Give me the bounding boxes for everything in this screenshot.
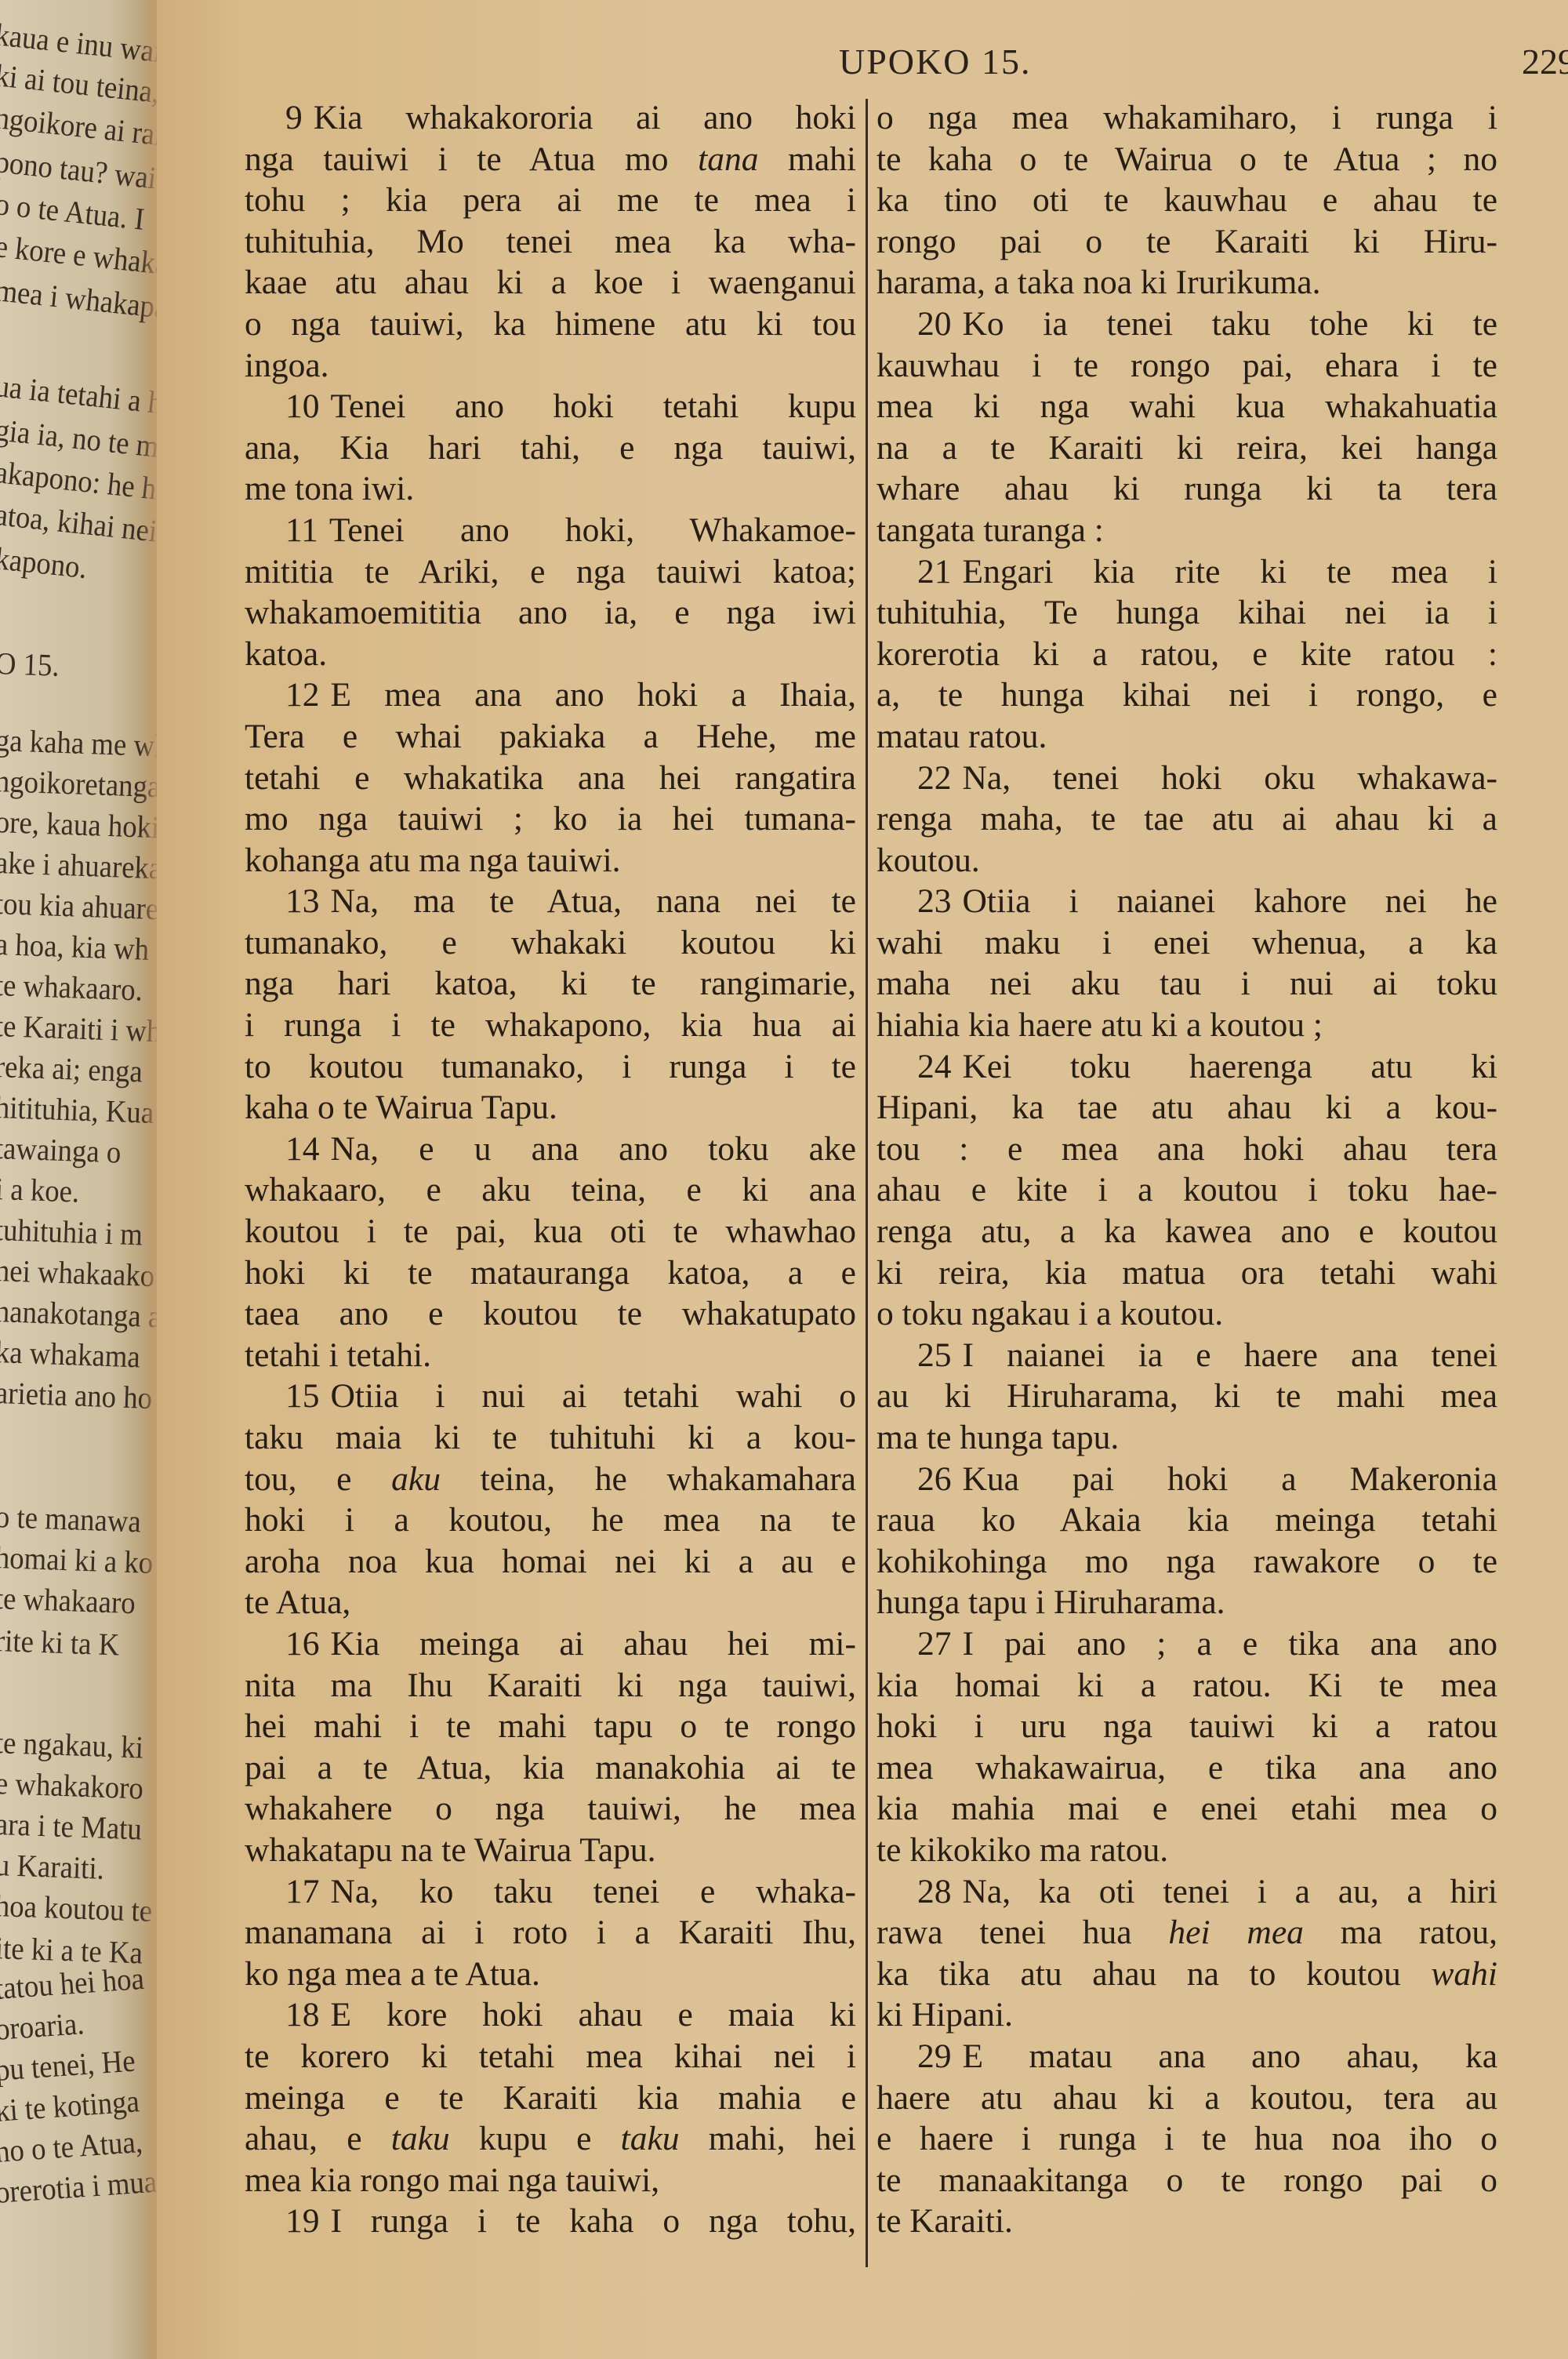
text-line: ka tika atu ahau na to koutou wahi [877, 1954, 1497, 1995]
text-line: koutou i te pai, kua oti te whawhao [245, 1211, 856, 1252]
text-line: korerotia ki a ratou, e kite ratou : [877, 634, 1497, 675]
line-text: mititia te Ariki, e nga tauiwi katoa; [245, 553, 856, 591]
facing-page-line: u Karaiti. [0, 1846, 105, 1887]
facing-page-line: ka whakama [0, 1333, 141, 1375]
text-line: o toku ngakau i a koutou. [877, 1293, 1497, 1335]
verse-start-line: 27I pai ano ; a e tika ana ano [877, 1623, 1497, 1665]
text-line: Hipani, ka tae atu ahau ki a kou- [877, 1087, 1497, 1129]
text-line: hiahia kia haere atu ki a koutou ; [877, 1005, 1497, 1046]
text-line: tou, e aku teina, he whakamahara [245, 1459, 856, 1500]
text-line: kauwhau i te rongo pai, ehara i te [877, 345, 1497, 387]
text-line: tuhituhia, Mo tenei mea ka wha- [245, 221, 856, 263]
text-line: renga maha, te tae atu ai ahau ki a [877, 798, 1497, 840]
facing-page-line: reka ai; enga [0, 1048, 143, 1090]
verse-number: 24 [917, 1048, 952, 1085]
line-text: ahau, e taku kupu e taku mahi, hei [245, 2120, 856, 2157]
line-text: E kore hoki ahau e maia ki [331, 1996, 857, 2034]
text-line: maha nei aku tau i nui ai toku [877, 963, 1497, 1005]
line-text: taku maia ki te tuhituhi ki a kou- [245, 1419, 856, 1456]
text-line: nga tauiwi i te Atua mo tana mahi [245, 139, 856, 180]
line-text: Kia meinga ai ahau hei mi- [331, 1625, 857, 1663]
line-text: te kikokiko ma ratou. [877, 1831, 1168, 1869]
text-line: harama, a taka noa ki Irurikuma. [877, 262, 1497, 304]
text-line: wahi maku i enei whenua, a ka [877, 922, 1497, 964]
text-line: kohanga atu ma nga tauiwi. [245, 840, 856, 881]
line-text: whakatapu na te Wairua Tapu. [245, 1831, 656, 1869]
text-line: whare ahau ki runga ki ta tera [877, 468, 1497, 510]
text-line: te Karaiti. [877, 2201, 1497, 2242]
line-text: hoki i a koutou, he mea na te [245, 1501, 856, 1539]
text-line: a, te hunga kihai nei i rongo, e [877, 674, 1497, 716]
text-line: renga atu, a ka kawea ano e koutou [877, 1211, 1497, 1252]
verse-start-line: 19I runga i te kaha o nga tohu, [245, 2201, 856, 2242]
verse-number: 29 [917, 2037, 952, 2075]
text-line: me tona iwi. [245, 468, 856, 510]
text-line: te kaha o te Wairua o te Atua ; no [877, 139, 1497, 180]
facing-page-line: te Karaiti i wh [0, 1007, 157, 1049]
text-line: whakaaro, e aku teina, e ki ana [245, 1169, 856, 1211]
verse-number: 16 [285, 1625, 320, 1663]
verse-start-line: 16Kia meinga ai ahau hei mi- [245, 1623, 856, 1665]
book-page: UPOKO 15. 229 9Kia whakakororia ai ano h… [157, 0, 1568, 2359]
verse-start-line: 21Engari kia rite ki te mea i [877, 551, 1497, 593]
facing-page-line: kapono. [0, 540, 89, 586]
text-line: hunga tapu i Hiruharama. [877, 1582, 1497, 1623]
text-line: aroha noa kua homai nei ki a au e [245, 1541, 856, 1583]
verse-number: 19 [285, 2202, 320, 2240]
line-text: matau ratou. [877, 718, 1047, 755]
line-text: raua ko Akaia kia meinga tetahi [877, 1501, 1497, 1539]
verse-start-line: 26Kua pai hoki a Makeronia [877, 1459, 1497, 1500]
line-text: tou, e aku teina, he whakamahara [245, 1460, 856, 1498]
text-line: ahau, e taku kupu e taku mahi, hei [245, 2118, 856, 2160]
facing-page-line: rite ki ta K [0, 1622, 120, 1663]
verse-number: 20 [917, 305, 952, 343]
line-text: Na, ka oti tenei i a au, a hiri [963, 1873, 1498, 1910]
line-text: meinga e te Karaiti kia mahia e [245, 2079, 856, 2117]
verse-start-line: 12E mea ana ano hoki a Ihaia, [245, 674, 856, 716]
line-text: Otiia i naianei kahore nei he [963, 882, 1498, 920]
line-text: hunga tapu i Hiruharama. [877, 1583, 1225, 1621]
text-line: rongo pai o te Karaiti ki Hiru- [877, 221, 1497, 263]
line-text: haere atu ahau ki a koutou, tera au [877, 2079, 1497, 2117]
text-line: hoki i a koutou, he mea na te [245, 1499, 856, 1541]
verse-number: 26 [917, 1460, 952, 1498]
line-text: me tona iwi. [245, 470, 414, 507]
text-line: koutou. [877, 840, 1497, 881]
text-line: na a te Karaiti ki reira, kei hanga [877, 427, 1497, 469]
text-line: mea ki nga wahi kua whakahuatia [877, 386, 1497, 427]
line-text: korerotia ki a ratou, e kite ratou : [877, 635, 1497, 673]
line-text: hei mahi i te mahi tapu o te rongo [245, 1707, 856, 1745]
line-text: tuhituhia, Mo tenei mea ka wha- [245, 223, 856, 260]
text-line: taku maia ki te tuhituhi ki a kou- [245, 1417, 856, 1459]
text-line: whakamoemititia ano ia, e nga iwi [245, 592, 856, 634]
line-text: i runga i te whakapono, kia hua ai [245, 1006, 856, 1044]
line-text: na a te Karaiti ki reira, kei hanga [877, 429, 1497, 467]
line-text: rawa tenei hua hei mea ma ratou, [877, 1914, 1497, 1951]
line-text: ahau e kite i a koutou i toku hae- [877, 1171, 1497, 1209]
facing-page-line: O 15. [0, 645, 60, 684]
line-text: nga hari katoa, ki te rangimarie, [245, 965, 856, 1002]
line-text: kohikohinga mo nga rawakore o te [877, 1543, 1497, 1580]
line-text: tetahi e whakatika ana hei rangatira [245, 759, 856, 797]
verse-start-line: 22Na, tenei hoki oku whakawa- [877, 758, 1497, 799]
text-line: te korero ki tetahi mea kihai nei i [245, 2036, 856, 2077]
line-text: ingoa. [245, 347, 329, 384]
line-text: whakamoemititia ano ia, e nga iwi [245, 594, 856, 631]
line-text: Tenei ano hoki tetahi kupu [331, 387, 857, 425]
text-line: au ki Hiruharama, ki te mahi mea [877, 1376, 1497, 1417]
text-line: te Atua, [245, 1582, 856, 1623]
verse-start-line: 25I naianei ia e haere ana tenei [877, 1335, 1497, 1376]
text-line: mo nga tauiwi ; ko ia hei tumana- [245, 798, 856, 840]
text-line: mititia te Ariki, e nga tauiwi katoa; [245, 551, 856, 593]
text-line: ma te hunga tapu. [877, 1417, 1497, 1459]
line-text: renga atu, a ka kawea ano e koutou [877, 1212, 1497, 1250]
text-line: whakatapu na te Wairua Tapu. [245, 1830, 856, 1871]
text-line: haere atu ahau ki a koutou, tera au [877, 2077, 1497, 2119]
facing-page-line: orerotia i mua [0, 2163, 157, 2211]
facing-page-line: nanakotanga a [0, 1292, 157, 1335]
line-text: koutou i te pai, kua oti te whawhao [245, 1212, 856, 1250]
line-text: tohu ; kia pera ai me te mea i [245, 181, 856, 219]
line-text: rongo pai o te Karaiti ki Hiru- [877, 223, 1497, 260]
text-line: nita ma Ihu Karaiti ki nga tauiwi, [245, 1665, 856, 1707]
line-text: Engari kia rite ki te mea i [963, 553, 1498, 591]
facing-page-line: ara i te Matu [0, 1805, 143, 1847]
line-text: maha nei aku tau i nui ai toku [877, 965, 1497, 1002]
facing-page-line: oroaria. [0, 2005, 85, 2048]
line-text: E mea ana ano hoki a Ihaia, [331, 676, 857, 714]
facing-page-line: tuhituhia i m [0, 1211, 143, 1253]
line-text: Otiia i nui ai tetahi wahi o [331, 1377, 857, 1415]
text-line: kaha o te Wairua Tapu. [245, 1087, 856, 1129]
facing-page-line: ki te kotinga [0, 2082, 140, 2129]
text-line: whakahere o nga tauiwi, he mea [245, 1788, 856, 1830]
line-text: Na, ko taku tenei e whaka- [331, 1873, 857, 1910]
verse-start-line: 23Otiia i naianei kahore nei he [877, 881, 1497, 922]
line-text: koutou. [877, 841, 980, 879]
line-text: kaae atu ahau ki a koe i waenganui [245, 264, 856, 301]
line-text: whakahere o nga tauiwi, he mea [245, 1790, 856, 1827]
text-line: katoa. [245, 634, 856, 675]
text-line: hei mahi i te mahi tapu o te rongo [245, 1706, 856, 1747]
line-text: ka tino oti te kauwhau e ahau te [877, 181, 1497, 219]
facing-page-line: ake i ahuareka [0, 844, 157, 886]
facing-page-line: hitituhia, Kua t [0, 1089, 157, 1132]
facing-page-line: homai ki a ko [0, 1539, 154, 1581]
text-line: hoki i uru nga tauiwi ki a ratou [877, 1706, 1497, 1747]
text-column-right: o nga mea whakamiharo, i runga ite kaha … [877, 97, 1497, 2242]
line-text: ma te hunga tapu. [877, 1419, 1119, 1456]
line-text: aroha noa kua homai nei ki a au e [245, 1543, 856, 1580]
page-number: 229 [1522, 41, 1568, 82]
line-text: tumanako, e whakaki koutou ki [245, 924, 856, 961]
text-line: pai a te Atua, kia manakohia ai te [245, 1747, 856, 1789]
text-line: kia mahia mai e enei etahi mea o [877, 1788, 1497, 1830]
facing-page-line: te ngakau, ki [0, 1724, 144, 1766]
text-line: matau ratou. [877, 716, 1497, 758]
line-text: a, te hunga kihai nei i rongo, e [877, 676, 1497, 714]
facing-page-line: hoa koutou te [0, 1887, 153, 1929]
line-text: tangata turanga : [877, 511, 1104, 549]
verse-start-line: 14Na, e u ana ano toku ake [245, 1129, 856, 1170]
line-text: mea ki nga wahi kua whakahuatia [877, 387, 1497, 425]
text-line: hoki ki te matauranga katoa, a e [245, 1252, 856, 1294]
line-text: Na, e u ana ano toku ake [331, 1130, 857, 1168]
verse-start-line: 18E kore hoki ahau e maia ki [245, 1994, 856, 2036]
line-text: hoki i uru nga tauiwi ki a ratou [877, 1707, 1497, 1745]
line-text: manamana ai i roto i a Karaiti Ihu, [245, 1914, 856, 1951]
text-line: ahau e kite i a koutou i toku hae- [877, 1169, 1497, 1211]
line-text: whakaaro, e aku teina, e ki ana [245, 1171, 856, 1209]
text-line: to koutou tumanako, i runga i te [245, 1046, 856, 1088]
line-text: ka tika atu ahau na to koutou wahi [877, 1955, 1497, 1993]
line-text: ana, Kia hari tahi, e nga tauiwi, [245, 429, 856, 467]
text-line: nga hari katoa, ki te rangimarie, [245, 963, 856, 1005]
facing-page-line: tou kia ahuare [0, 885, 157, 927]
line-text: Hipani, ka tae atu ahau ki a kou- [877, 1089, 1497, 1126]
verse-number: 25 [917, 1336, 952, 1374]
facing-page-line: no o te Atua, [0, 2123, 143, 2170]
text-line: tetahi e whakatika ana hei rangatira [245, 758, 856, 799]
verse-number: 27 [917, 1625, 952, 1663]
text-line: ki reira, kia matua ora tetahi wahi [877, 1252, 1497, 1294]
text-line: kaae atu ahau ki a koe i waenganui [245, 262, 856, 304]
line-text: wahi maku i enei whenua, a ka [877, 924, 1497, 961]
facing-page-sliver: kaua e inu wainki ai tou teina,ngoikore … [0, 0, 157, 2359]
facing-page-line: pu tenei, He [0, 2042, 136, 2088]
facing-page-line: mea i whakapa [0, 271, 157, 326]
line-text: ko nga mea a te Atua. [245, 1955, 540, 1993]
line-text: e haere i runga i te hua noa iho o [877, 2120, 1497, 2157]
verse-number: 9 [285, 99, 303, 136]
line-text: ki Hipani. [877, 1996, 1013, 2034]
line-text: katoa. [245, 635, 327, 673]
text-line: ingoa. [245, 345, 856, 387]
line-text: mo nga tauiwi ; ko ia hei tumana- [245, 800, 856, 838]
facing-page-line: ngoikoretanga [0, 762, 157, 805]
line-text: Kia whakakororia ai ano hoki [314, 99, 856, 136]
text-line: manamana ai i roto i a Karaiti Ihu, [245, 1912, 856, 1954]
line-text: whare ahau ki runga ki ta tera [877, 470, 1497, 507]
line-text: taea ano e koutou te whakatupato [245, 1295, 856, 1332]
text-line: meinga e te Karaiti kia mahia e [245, 2077, 856, 2119]
text-line: tetahi i tetahi. [245, 1335, 856, 1376]
verse-start-line: 24Kei toku haerenga atu ki [877, 1046, 1497, 1088]
verse-start-line: 15Otiia i nui ai tetahi wahi o [245, 1376, 856, 1417]
verse-start-line: 28Na, ka oti tenei i a au, a hiri [877, 1871, 1497, 1913]
line-text: mea whakawairua, e tika ana ano [877, 1749, 1497, 1787]
line-text: ki reira, kia matua ora tetahi wahi [877, 1254, 1497, 1292]
text-line: o nga tauiwi, ka himene atu ki tou [245, 304, 856, 345]
chapter-title: UPOKO 15. [839, 41, 1031, 82]
verse-start-line: 13Na, ma te Atua, nana nei te [245, 881, 856, 922]
line-text: harama, a taka noa ki Irurikuma. [877, 264, 1320, 301]
line-text: pai a te Atua, kia manakohia ai te [245, 1749, 856, 1787]
facing-page-line: ore, kaua hoki [0, 803, 157, 845]
line-text: Tenei ano hoki, Whakamoe- [329, 511, 856, 549]
running-head: UPOKO 15. 229 [235, 41, 1568, 88]
verse-start-line: 20Ko ia tenei taku tohe ki te [877, 304, 1497, 345]
facing-page-line: arietia ano ho [0, 1374, 153, 1416]
facing-page-line: nei whakaako i [0, 1252, 157, 1295]
text-line: raua ko Akaia kia meinga tetahi [877, 1499, 1497, 1541]
verse-number: 22 [917, 759, 952, 797]
line-text: nga tauiwi i te Atua mo tana mahi [245, 140, 856, 178]
verse-number: 18 [285, 1996, 320, 2034]
line-text: kia homai ki a ratou. Ki te mea [877, 1667, 1497, 1704]
text-line: o nga mea whakamiharo, i runga i [877, 97, 1497, 139]
facing-page-line: ga kaha me wh [0, 722, 157, 765]
verse-number: 28 [917, 1873, 952, 1910]
text-line: rawa tenei hua hei mea ma ratou, [877, 1912, 1497, 1954]
text-line: kohikohinga mo nga rawakore o te [877, 1541, 1497, 1583]
text-line: tangata turanga : [877, 510, 1497, 551]
facing-page-line: a hoa, kia wh [0, 925, 150, 968]
line-text: Na, tenei hoki oku whakawa- [963, 759, 1498, 797]
text-line: ki Hipani. [877, 1994, 1497, 2036]
line-text: te manaakitanga o te rongo pai o [877, 2161, 1497, 2199]
facing-page-line: e whakakoro [0, 1765, 144, 1807]
verse-number: 23 [917, 882, 952, 920]
text-line: e haere i runga i te hua noa iho o [877, 2118, 1497, 2160]
verse-number: 12 [285, 676, 320, 714]
facing-page-line: tawainga o [0, 1129, 122, 1171]
line-text: to koutou tumanako, i runga i te [245, 1048, 856, 1085]
line-text: Na, ma te Atua, nana nei te [331, 882, 857, 920]
line-text: kia mahia mai e enei etahi mea o [877, 1790, 1497, 1827]
text-line: ko nga mea a te Atua. [245, 1954, 856, 1995]
text-line: te manaakitanga o te rongo pai o [877, 2160, 1497, 2201]
facing-page-line: i a koe. [0, 1170, 80, 1210]
line-text: I runga i te kaha o nga tohu, [331, 2202, 857, 2240]
verse-number: 10 [285, 387, 320, 425]
text-column-left: 9Kia whakakororia ai ano hokinga tauiwi … [245, 97, 856, 2242]
line-text: kauwhau i te rongo pai, ehara i te [877, 347, 1497, 384]
line-text: hoki ki te matauranga katoa, a e [245, 1254, 856, 1292]
facing-page-line: te whakaaro [0, 1579, 136, 1621]
line-text: hiahia kia haere atu ki a koutou ; [877, 1006, 1323, 1044]
text-line: taea ano e koutou te whakatupato [245, 1293, 856, 1335]
line-text: au ki Hiruharama, ki te mahi mea [877, 1377, 1497, 1415]
line-text: o nga tauiwi, ka himene atu ki tou [245, 305, 856, 343]
verse-start-line: 17Na, ko taku tenei e whaka- [245, 1871, 856, 1913]
text-line: tumanako, e whakaki koutou ki [245, 922, 856, 964]
line-text: Ko ia tenei taku tohe ki te [963, 305, 1498, 343]
line-text: E matau ana ano ahau, ka [963, 2037, 1498, 2075]
verse-start-line: 29E matau ana ano ahau, ka [877, 2036, 1497, 2077]
verse-number: 15 [285, 1377, 320, 1415]
line-text: mea kia rongo mai nga tauiwi, [245, 2161, 659, 2199]
line-text: te Karaiti. [877, 2202, 1013, 2240]
line-text: Tera e whai pakiaka a Hehe, me [245, 718, 856, 755]
line-text: I naianei ia e haere ana tenei [963, 1336, 1498, 1374]
line-text: o toku ngakau i a koutou. [877, 1295, 1223, 1332]
line-text: tou : e mea ana hoki ahau tera [877, 1130, 1497, 1168]
text-line: tuhituhia, Te hunga kihai nei ia i [877, 592, 1497, 634]
verse-number: 14 [285, 1130, 320, 1168]
facing-page-line: o te manawa [0, 1498, 142, 1539]
text-line: kia homai ki a ratou. Ki te mea [877, 1665, 1497, 1707]
line-text: te Atua, [245, 1583, 350, 1621]
verse-start-line: 9Kia whakakororia ai ano hoki [245, 97, 856, 139]
column-divider [866, 99, 868, 2267]
line-text: kaha o te Wairua Tapu. [245, 1089, 557, 1126]
line-text: nita ma Ihu Karaiti ki nga tauiwi, [245, 1667, 856, 1704]
verse-number: 13 [285, 882, 320, 920]
line-text: Kua pai hoki a Makeronia [963, 1460, 1498, 1498]
line-text: tuhituhia, Te hunga kihai nei ia i [877, 594, 1497, 631]
verse-number: 21 [917, 553, 952, 591]
text-line: mea whakawairua, e tika ana ano [877, 1747, 1497, 1789]
text-line: Tera e whai pakiaka a Hehe, me [245, 716, 856, 758]
line-text: o nga mea whakamiharo, i runga i [877, 99, 1497, 136]
text-line: tohu ; kia pera ai me te mea i [245, 180, 856, 221]
verse-start-line: 10Tenei ano hoki tetahi kupu [245, 386, 856, 427]
text-line: ka tino oti te kauwhau e ahau te [877, 180, 1497, 221]
verse-number: 17 [285, 1873, 320, 1910]
verse-number: 11 [285, 511, 318, 549]
line-text: tetahi i tetahi. [245, 1336, 431, 1374]
text-line: mea kia rongo mai nga tauiwi, [245, 2160, 856, 2201]
facing-page-line: te whakaaro. [0, 966, 143, 1009]
line-text: I pai ano ; a e tika ana ano [963, 1625, 1498, 1663]
text-line: i runga i te whakapono, kia hua ai [245, 1005, 856, 1046]
line-text: te korero ki tetahi mea kihai nei i [245, 2037, 856, 2075]
line-text: te kaha o te Wairua o te Atua ; no [877, 140, 1497, 178]
verse-start-line: 11Tenei ano hoki, Whakamoe- [245, 510, 856, 551]
line-text: renga maha, te tae atu ai ahau ki a [877, 800, 1497, 838]
text-line: te kikokiko ma ratou. [877, 1830, 1497, 1871]
text-line: tou : e mea ana hoki ahau tera [877, 1129, 1497, 1170]
line-text: kohanga atu ma nga tauiwi. [245, 841, 621, 879]
text-line: ana, Kia hari tahi, e nga tauiwi, [245, 427, 856, 469]
line-text: Kei toku haerenga atu ki [963, 1048, 1498, 1085]
